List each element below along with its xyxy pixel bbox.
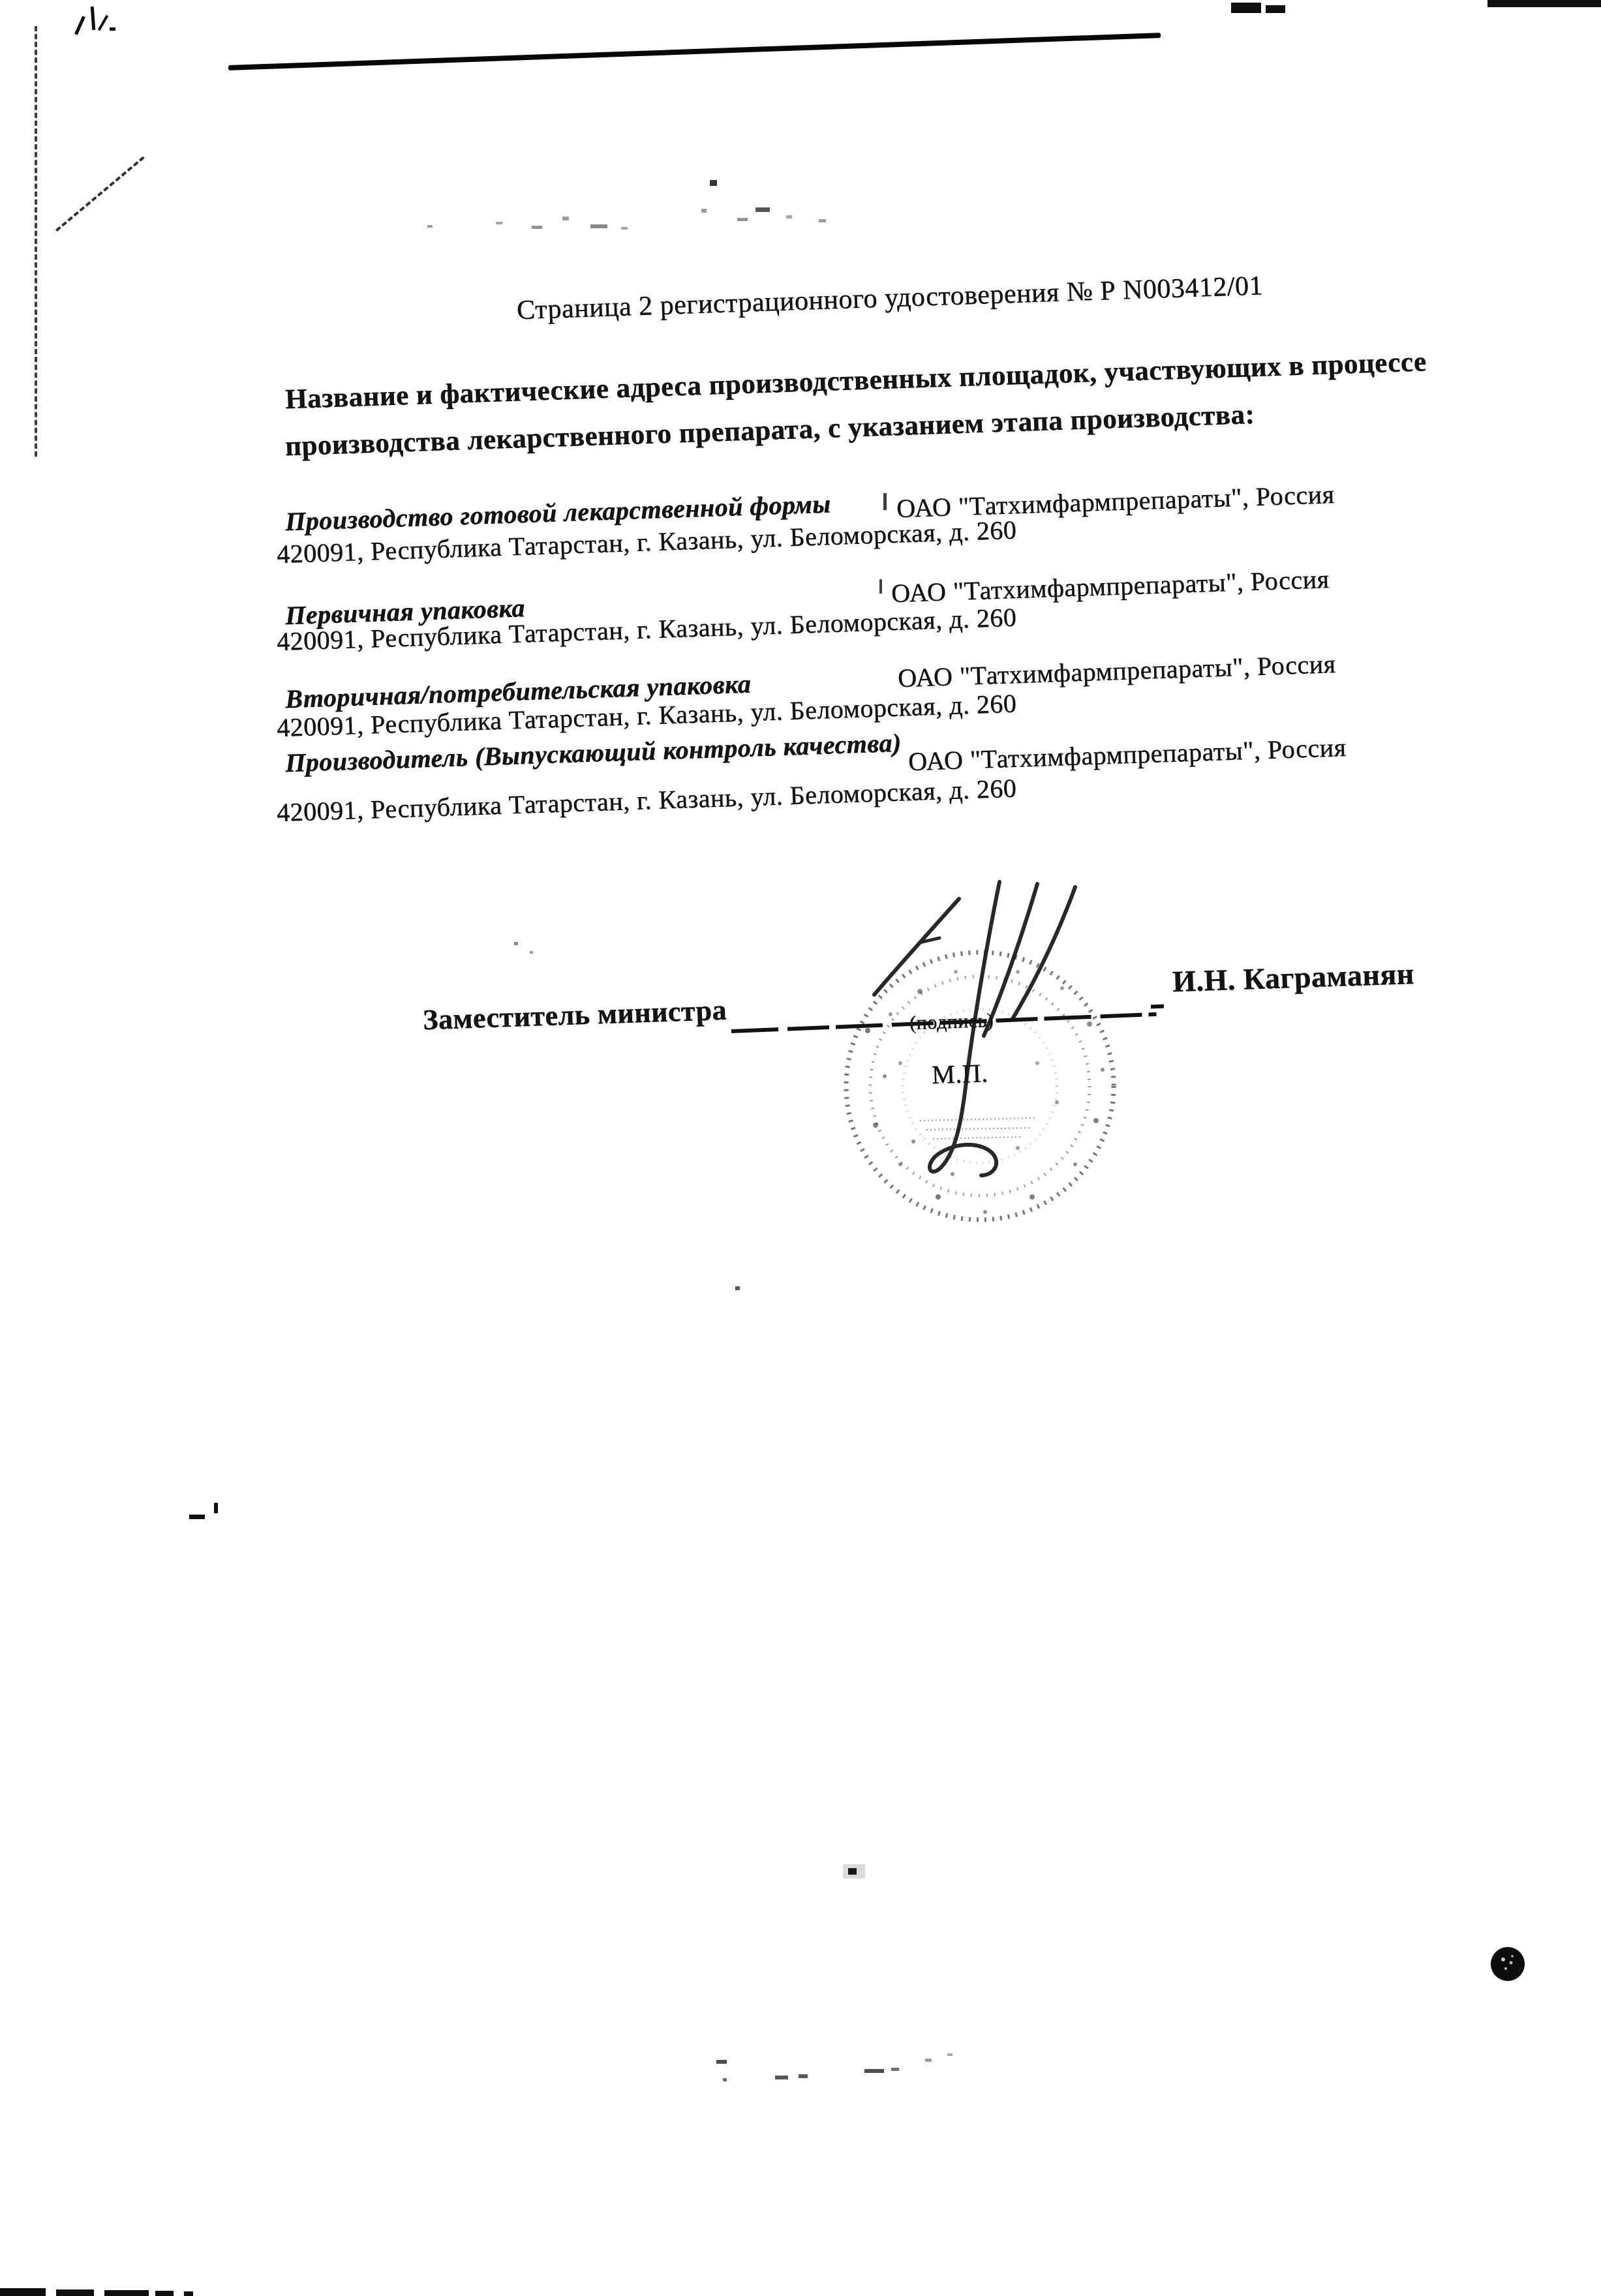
stamp-inner-dotted-lines — [920, 1118, 1037, 1139]
margin-dash — [189, 1515, 205, 1519]
bottom-edge-strip — [0, 2288, 46, 2296]
noise-speck — [496, 222, 502, 224]
pen-mark — [91, 7, 95, 30]
noise-dash — [775, 2076, 788, 2079]
pen-mark — [98, 15, 108, 31]
noise-speck — [710, 180, 717, 186]
site-company: ОАО "Татхимфармпрепараты", Россия — [897, 648, 1336, 693]
noise-speck — [755, 207, 770, 212]
left-margin-dashed-line — [35, 26, 37, 457]
noise-speck — [530, 951, 533, 954]
noise-dash — [947, 2053, 953, 2056]
site-company: ОАО "Татхимфармпрепараты", Россия — [891, 564, 1330, 609]
bottom-edge-strip — [184, 2291, 193, 2296]
noise-speck — [590, 224, 607, 228]
noise-speck — [735, 1286, 740, 1290]
heading-line-1: Название и фактические адреса производст… — [284, 346, 1427, 415]
handwritten-signature — [874, 882, 1075, 1175]
page-title: Страница 2 регистрационного удостоверени… — [516, 270, 1263, 326]
noise-dash — [925, 2059, 932, 2062]
noise-speck — [843, 1864, 865, 1879]
pen-mark — [74, 16, 85, 35]
margin-tick — [214, 1503, 218, 1513]
stray-tick — [883, 493, 887, 510]
site-address: 420091, Республика Татарстан, г. Казань,… — [276, 772, 1017, 828]
noise-dash — [864, 2069, 884, 2073]
bottom-edge-strip — [155, 2291, 174, 2296]
bottom-edge-strip — [104, 2290, 149, 2296]
signer-role: Заместитель министра — [422, 993, 727, 1036]
noise-dash — [891, 2068, 899, 2071]
top-edge-artifact — [1487, 0, 1601, 7]
stamp-speckles — [865, 970, 1105, 1214]
punch-hole-mark — [1489, 1945, 1527, 1983]
noise-dash — [716, 2060, 727, 2064]
bottom-edge-strip — [56, 2289, 94, 2296]
stray-tick — [879, 579, 882, 594]
noise-dash — [723, 2078, 727, 2081]
noise-dash — [799, 2074, 808, 2078]
round-stamp-and-signature — [822, 868, 1161, 1233]
site-company: ОАО "Татхимфармпрепараты", Россия — [907, 732, 1347, 777]
noise-speck — [621, 227, 628, 230]
noise-speck — [514, 942, 518, 945]
noise-speck — [819, 219, 826, 222]
noise-speck — [427, 225, 433, 228]
diagonal-pen-stroke — [55, 157, 145, 232]
top-edge-artifact — [1266, 5, 1285, 13]
signer-name: И.Н. Каграманян — [1172, 956, 1414, 999]
noise-speck — [532, 226, 542, 229]
noise-speck — [737, 218, 748, 221]
pen-mark — [110, 27, 115, 31]
noise-speck — [786, 215, 792, 219]
scanned-page: Страница 2 регистрационного удостоверени… — [0, 0, 1601, 2296]
noise-speck — [562, 217, 569, 220]
top-scan-line — [228, 33, 1161, 70]
top-edge-artifact — [1231, 3, 1261, 13]
noise-speck — [701, 209, 707, 213]
